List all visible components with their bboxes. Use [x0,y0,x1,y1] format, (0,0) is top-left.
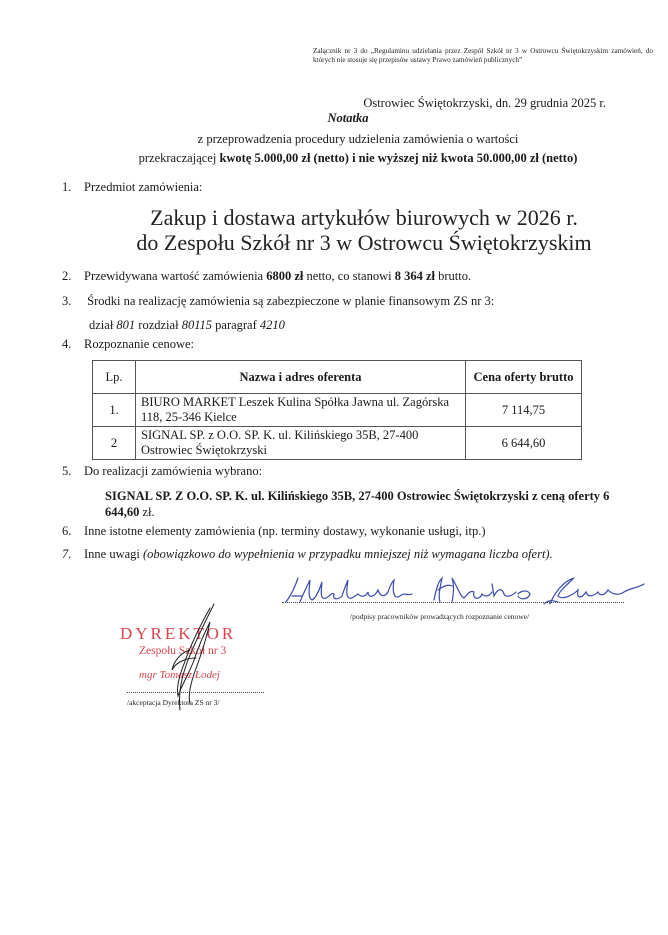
rozdzial-value: 80115 [182,318,212,332]
item-2: 2.Przewidywana wartość zamówienia 6800 z… [62,269,471,284]
item-7: 7.Inne uwagi (obowiązkowo do wypełnienia… [62,547,553,562]
subject-line1: Zakup i dostawa artykułów biurowych w 20… [60,205,668,230]
item-4: 4.Rozpoznanie cenowe: [62,337,194,352]
label: rozdział [135,318,182,332]
acceptance-signature-line [127,692,264,693]
cell-price: 7 114,75 [466,394,582,427]
gross-value: 8 364 zł [395,269,435,283]
subheading-threshold: kwotę 5.000,00 zł (netto) i nie wyższej … [219,151,577,165]
cell-price: 6 644,60 [466,427,582,460]
currency-suffix: zł. [139,505,154,519]
item-5: 5.Do realizacji zamówienia wybrano: [62,464,262,479]
item-1: 1.Przedmiot zamówienia: [62,180,202,195]
attachment-note: Załącznik nr 3 do „Regulaminu udzielania… [313,47,653,65]
item-label: Inne istotne elementy zamówienia (np. te… [84,524,486,538]
subject-line2: do Zespołu Szkół nr 3 w Ostrowcu Świętok… [60,230,668,255]
item-label: Przedmiot zamówienia: [84,180,202,194]
item-note: (obowiązkowo do wypełnienia w przypadku … [143,547,553,561]
header-lp: Lp. [93,361,136,394]
table-row: 1. BIURO MARKET Leszek Kulina Spółka Jaw… [93,394,582,427]
item-number: 3. [62,294,84,309]
net-value: 6800 zł [266,269,303,283]
offers-table: Lp. Nazwa i adres oferenta Cena oferty b… [92,360,582,460]
label: dział [89,318,116,332]
acceptance-caption: /akceptacja Dyrektora ZS nr 3/ [127,698,219,707]
subheading-line2: przekraczającej kwotę 5.000,00 zł (netto… [0,151,668,166]
item-text: netto, co stanowi [303,269,394,283]
subheading-line1: z przeprowadzenia procedury udzielenia z… [0,132,668,147]
order-subject: Zakup i dostawa artykułów biurowych w 20… [0,205,668,255]
employee-signatures-caption: /podpisy pracowników prowadzących rozpoz… [350,612,529,621]
item-label: Środki na realizację zamówienia są zabez… [84,294,494,308]
selected-offer-text: SIGNAL SP. Z O.O. SP. K. ul. Kilińskiego… [105,489,609,519]
item-number: 1. [62,180,84,195]
place-date: Ostrowiec Świętokrzyski, dn. 29 grudnia … [363,96,606,111]
budget-classification: dział 801 rozdział 80115 paragraf 4210 [89,318,285,333]
item-number: 4. [62,337,84,352]
item-text: brutto. [435,269,471,283]
cell-lp: 1. [93,394,136,427]
selected-offer: SIGNAL SP. Z O.O. SP. K. ul. Kilińskiego… [105,488,625,520]
employee-signature-line [282,602,624,603]
item-number: 6. [62,524,84,539]
cell-name: BIURO MARKET Leszek Kulina Spółka Jawna … [136,394,466,427]
dzial-value: 801 [116,318,135,332]
item-3: 3. Środki na realizację zamówienia są za… [62,294,494,309]
cell-lp: 2 [93,427,136,460]
table-row: 2 SIGNAL SP. z O.O. SP. K. ul. Kilińskie… [93,427,582,460]
item-label: Rozpoznanie cenowe: [84,337,194,351]
subheading-prefix: przekraczającej [139,151,220,165]
item-label: Do realizacji zamówienia wybrano: [84,464,262,478]
table-header-row: Lp. Nazwa i adres oferenta Cena oferty b… [93,361,582,394]
employee-signatures [282,574,652,614]
item-6: 6.Inne istotne elementy zamówienia (np. … [62,524,486,539]
item-number: 7. [62,547,84,562]
paragraf-value: 4210 [260,318,285,332]
item-number: 5. [62,464,84,479]
label: paragraf [212,318,260,332]
item-label: Inne uwagi [84,547,143,561]
item-number: 2. [62,269,84,284]
document-heading: Notatka [0,111,668,126]
header-name: Nazwa i adres oferenta [136,361,466,394]
item-text: Przewidywana wartość zamówienia [84,269,266,283]
header-price: Cena oferty brutto [466,361,582,394]
cell-name: SIGNAL SP. z O.O. SP. K. ul. Kilińskiego… [136,427,466,460]
